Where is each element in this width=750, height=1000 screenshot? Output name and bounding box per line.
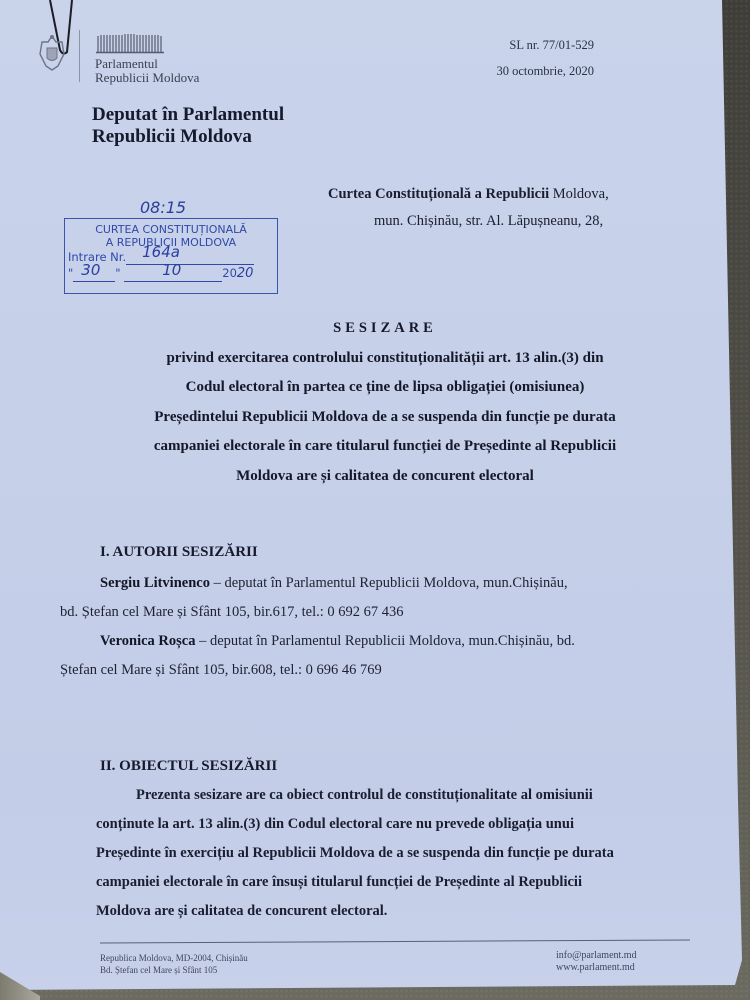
addressee: Curtea Constituțională a Republicii Mold… (328, 186, 609, 230)
title-line: Moldova are și calitatea de concurent el… (100, 462, 670, 492)
stamp-year-suffix: 20 (237, 266, 254, 281)
footer-address-line-1: Republica Moldova, MD-2004, Chișinău (100, 953, 248, 965)
addressee-address: mun. Chișinău, str. Al. Lăpușneanu, 28, (328, 213, 609, 230)
document-date: 30 octombrie, 2020 (496, 58, 594, 84)
document-heading: SESIZARE (100, 314, 670, 344)
stamp-month: 10 (162, 262, 181, 278)
stamp-day: 30 (81, 262, 100, 278)
object-line: Președinte în exercițiu al Republicii Mo… (96, 839, 708, 868)
parliament-building-icon (96, 32, 166, 54)
stamp-entry-number: 164a (142, 244, 180, 260)
author-title-line-2: Republicii Moldova (92, 126, 284, 148)
object-line: campaniei electorale în care însuși titu… (96, 868, 708, 897)
footer-contact: info@parlament.md www.parlament.md (556, 950, 637, 974)
coat-of-arms-icon (34, 32, 70, 74)
section-1-heading: I. AUTORII SESIZĂRII (100, 544, 258, 561)
author-1-name: Sergiu Litvinenco (100, 575, 210, 591)
footer-address-line-2: Bd. Ștefan cel Mare și Sfânt 105 (100, 965, 248, 977)
document-title: SESIZARE privind exercitarea controlului… (100, 314, 670, 491)
institution-line-2: Republicii Moldova (95, 71, 199, 85)
section-2-heading: II. OBIECTUL SESIZĂRII (100, 758, 277, 775)
addressee-name-bold: Curtea Constituțională a Republicii (328, 186, 549, 202)
registration-stamp: CURTEA CONSTITUȚIONALĂ A REPUBLICII MOLD… (64, 218, 278, 294)
authors-list: Sergiu Litvinenco – deputat în Parlament… (60, 569, 710, 685)
addressee-name-plain: Moldova, (549, 186, 609, 202)
author-1-line-1: Sergiu Litvinenco – deputat în Parlament… (60, 569, 710, 598)
title-line: Președintelui Republicii Moldova de a se… (100, 403, 670, 433)
author-1-line-2: bd. Ștefan cel Mare și Sfânt 105, bir.61… (60, 598, 710, 627)
logo-divider (79, 30, 80, 82)
addressee-name: Curtea Constituțională a Republicii Mold… (328, 186, 609, 203)
object-paragraph: Prezenta sesizare are ca obiect controlu… (96, 781, 708, 926)
object-line: Prezenta sesizare are ca obiect controlu… (96, 781, 708, 810)
footer-address: Republica Moldova, MD-2004, Chișinău Bd.… (100, 953, 248, 976)
stamp-year-prefix: 20 (222, 266, 237, 280)
document-reference: SL nr. 77/01-529 30 octombrie, 2020 (496, 32, 594, 84)
title-line: privind exercitarea controlului constitu… (100, 344, 670, 374)
footer-website: www.parlament.md (556, 962, 637, 974)
institution-name: Parlamentul Republicii Moldova (95, 57, 199, 85)
author-2-name: Veronica Roșca (100, 633, 195, 649)
reference-number: SL nr. 77/01-529 (496, 32, 594, 58)
author-title: Deputat în Parlamentul Republicii Moldov… (92, 104, 284, 148)
stamp-line-1: CURTEA CONSTITUȚIONALĂ (65, 223, 277, 236)
author-title-line-1: Deputat în Parlamentul (92, 104, 284, 126)
footer-email: info@parlament.md (556, 950, 637, 962)
object-line: Moldova are și calitatea de concurent el… (96, 897, 708, 926)
author-2-line-1: Veronica Roșca – deputat în Parlamentul … (60, 627, 710, 656)
title-line: Codul electoral în partea ce ține de lip… (100, 373, 670, 403)
institution-line-1: Parlamentul (95, 57, 199, 71)
stamp-handwritten-time: 08:15 (140, 198, 186, 217)
author-2-line-2: Ștefan cel Mare și Sfânt 105, bir.608, t… (60, 656, 710, 685)
stamp-date-row: "30" 102020 (65, 265, 277, 282)
title-line: campaniei electorale în care titularul f… (100, 432, 670, 462)
object-line: conținute la art. 13 alin.(3) din Codul … (96, 810, 708, 839)
